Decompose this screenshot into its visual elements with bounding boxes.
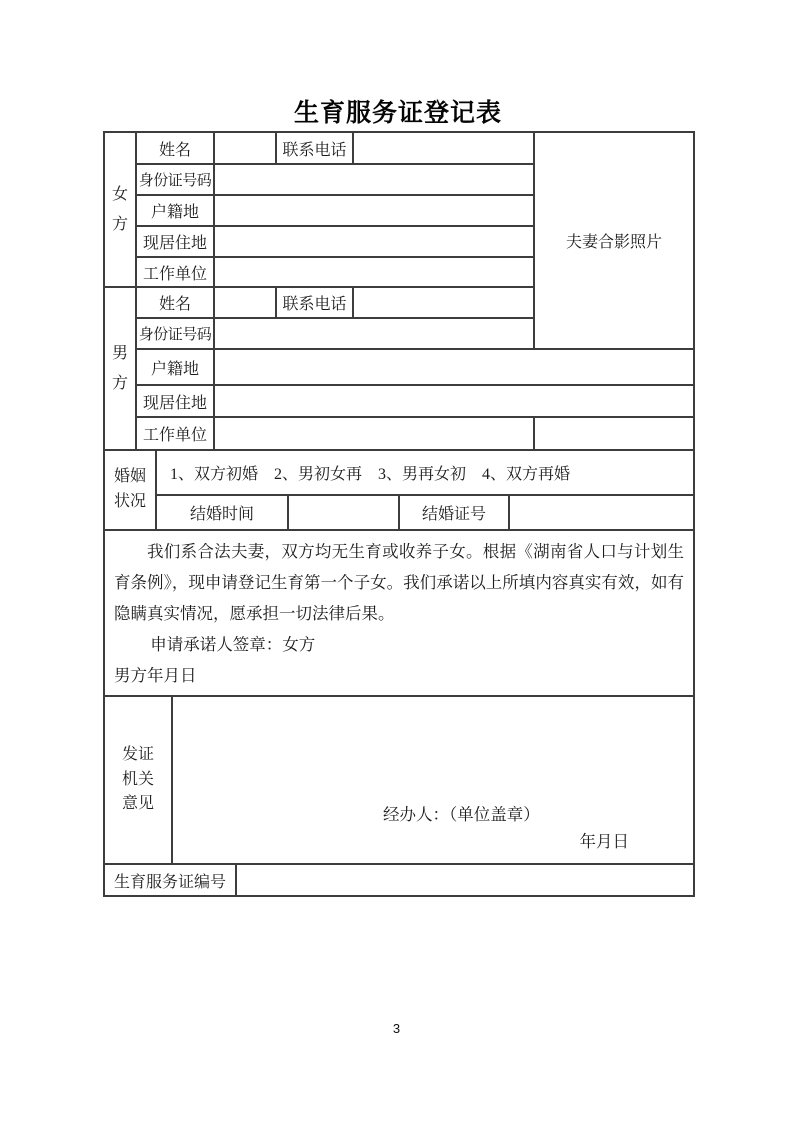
marriage-cert-field (509, 495, 694, 530)
male-id-field (214, 318, 534, 349)
female-section-label: 女方 (104, 132, 136, 287)
male-section-label: 男方 (104, 287, 136, 450)
male-household-label: 户籍地 (136, 349, 214, 385)
marriage-cert-label: 结婚证号 (399, 495, 509, 530)
couple-photo-label: 夫妻合影照片 (566, 234, 662, 251)
male-name-field (214, 287, 276, 318)
female-phone-field (353, 132, 534, 164)
declaration-signer-line: 申请承诺人签章：女方 (150, 629, 684, 660)
male-employer-field (214, 417, 534, 450)
male-household-field (214, 349, 694, 385)
registration-form: 女方 姓名 联系电话 夫妻合影照片 身份证号码 户籍地 现居住地 工作单位 (103, 131, 693, 897)
cert-number-table: 生育服务证编号 (103, 863, 695, 897)
female-employer-label: 工作单位 (136, 257, 214, 287)
male-residence-field (214, 385, 694, 417)
cert-number-label: 生育服务证编号 (104, 864, 236, 896)
parents-info-table: 女方 姓名 联系电话 夫妻合影照片 身份证号码 户籍地 现居住地 工作单位 (103, 131, 695, 451)
declaration-table: 我们系合法夫妻，双方均无生育或收养子女。根据《湖南省人口与计划生育条例》，现申请… (103, 529, 695, 697)
authority-section-label: 发证机关意见 (104, 696, 172, 864)
cert-number-field (236, 864, 694, 896)
couple-photo-cell: 夫妻合影照片 (534, 132, 694, 349)
female-phone-label: 联系电话 (276, 132, 353, 164)
authority-table: 发证机关意见 经办人：（单位盖章） 年月日 (103, 695, 695, 865)
male-name-label: 姓名 (136, 287, 214, 318)
female-id-label: 身份证号码 (136, 164, 214, 195)
marital-status-table: 婚姻状况 1、双方初婚 2、男初女再 3、男再女初 4、双方再婚 结婚时间 结婚… (103, 449, 695, 531)
female-household-field (214, 195, 534, 226)
female-employer-field (214, 257, 534, 287)
female-name-field (214, 132, 276, 164)
page-title: 生育服务证登记表 (103, 93, 693, 129)
document-page: 生育服务证登记表 女方 姓名 联系电话 夫妻合影照片 身份证号码 户籍地 (0, 0, 793, 1122)
male-phone-field (353, 287, 534, 318)
female-name-label: 姓名 (136, 132, 214, 164)
male-id-label: 身份证号码 (136, 318, 214, 349)
declaration-cell: 我们系合法夫妻，双方均无生育或收养子女。根据《湖南省人口与计划生育条例》，现申请… (104, 530, 694, 696)
female-residence-label: 现居住地 (136, 226, 214, 257)
female-residence-field (214, 226, 534, 257)
marital-section-label: 婚姻状况 (104, 450, 156, 530)
marital-options: 1、双方初婚 2、男初女再 3、男再女初 4、双方再婚 (156, 450, 694, 495)
declaration-text: 我们系合法夫妻，双方均无生育或收养子女。根据《湖南省人口与计划生育条例》，现申请… (114, 536, 684, 629)
male-residence-label: 现居住地 (136, 385, 214, 417)
declaration-male-date-line: 男方年月日 (114, 660, 684, 691)
authority-opinion-cell: 经办人：（单位盖章） 年月日 (172, 696, 694, 864)
marriage-time-label: 结婚时间 (156, 495, 288, 530)
male-phone-label: 联系电话 (276, 287, 353, 318)
male-employer-extra-field (534, 417, 694, 450)
marriage-time-field (288, 495, 399, 530)
male-employer-label: 工作单位 (136, 417, 214, 450)
female-id-field (214, 164, 534, 195)
authority-date-line: 年月日 (173, 828, 629, 855)
female-household-label: 户籍地 (136, 195, 214, 226)
authority-handler-line: 经办人：（单位盖章） (383, 801, 693, 828)
page-number: 3 (0, 1021, 793, 1036)
